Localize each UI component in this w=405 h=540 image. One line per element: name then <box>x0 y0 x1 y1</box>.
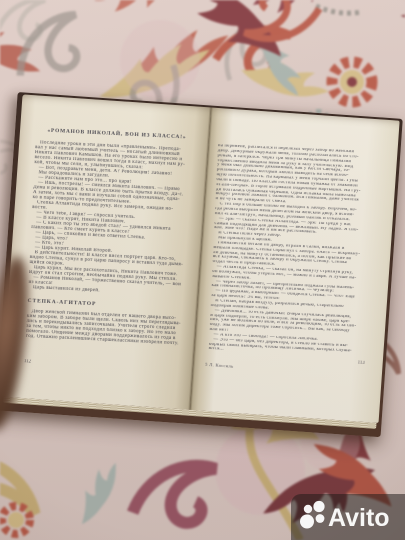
avito-watermark: Avito <box>291 494 405 540</box>
page-number-right: 113 <box>357 360 364 365</box>
book-left-page: «РОМАНОВ НИКОЛАЙ, ВОН ИЗ КЛАССА!» Послед… <box>1 94 211 409</box>
left-page-section-text: Двор женской гимназии был отделён от наш… <box>26 309 189 347</box>
right-page-text-block: на перемене, расписался и перелезал чере… <box>209 144 379 359</box>
printers-signature-mark: 5 Л. Кассиль <box>205 362 234 369</box>
chapter-title: «РОМАНОВ НИКОЛАЙ, ВОН ИЗ КЛАССА!» <box>36 127 198 141</box>
book-right-page: на перемене, расписался и перелезал чере… <box>190 108 400 423</box>
page-number-left: 112 <box>24 359 31 364</box>
open-book: «РОМАНОВ НИКОЛАЙ, ВОН ИЗ КЛАССА!» Послед… <box>1 94 399 423</box>
book-pages: «РОМАНОВ НИКОЛАЙ, ВОН ИЗ КЛАССА!» Послед… <box>1 94 399 423</box>
avito-logo-icon <box>300 501 325 529</box>
avito-wordmark: Avito <box>328 504 390 532</box>
photo-of-open-book: «РОМАНОВ НИКОЛАЙ, ВОН ИЗ КЛАССА!» Послед… <box>0 0 405 540</box>
left-page-text-block: «РОМАНОВ НИКОЛАЙ, ВОН ИЗ КЛАССА!» Послед… <box>26 127 198 347</box>
right-page-body-text: на перемене, расписался и перелезал чере… <box>209 144 379 359</box>
left-page-body-text: Последние уроки в эти дни были «правлены… <box>28 140 197 298</box>
